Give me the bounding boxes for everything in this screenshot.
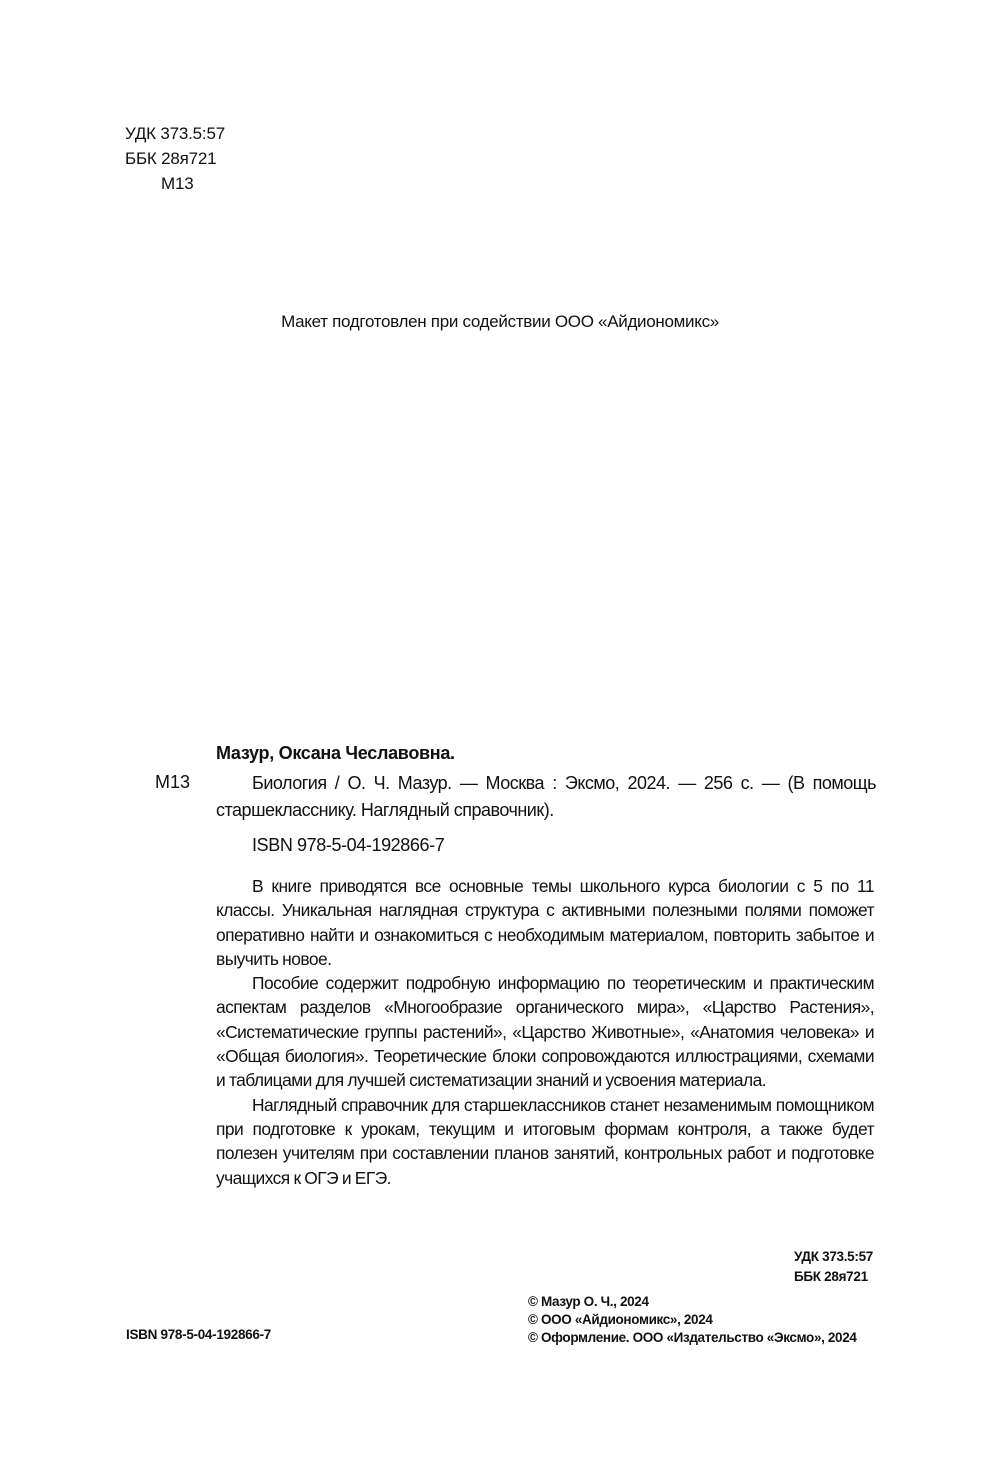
copyright-line: © Оформление. ООО «Издательство «Эксмо»,…: [528, 1329, 857, 1347]
footer-isbn: ISBN 978-5-04-192866-7: [126, 1327, 271, 1342]
udk-code: УДК 373.5:57: [794, 1247, 873, 1267]
bibliographic-entry: Биология / О. Ч. Мазур. — Москва : Эксмо…: [216, 770, 876, 824]
abstract-paragraph: Наглядный справочник для старшекласснико…: [216, 1093, 874, 1190]
copyright-line: © Мазур О. Ч., 2024: [528, 1293, 857, 1311]
catalog-author-mark: М13: [155, 772, 190, 793]
catalog-author: Мазур, Оксана Чеславовна.: [216, 743, 455, 764]
abstract: В книге приводятся все основные темы шко…: [216, 874, 874, 1190]
credit-line: Макет подготовлен при содействии ООО «Ай…: [0, 312, 1000, 332]
copyright-block: © Мазур О. Ч., 2024 © ООО «Айдиономикс»,…: [528, 1293, 857, 1347]
udk-code: УДК 373.5:57: [125, 121, 225, 146]
bbk-code: ББК 28я721: [794, 1267, 873, 1287]
copyright-line: © ООО «Айдиономикс», 2024: [528, 1311, 857, 1329]
catalog-classification-codes: УДК 373.5:57 ББК 28я721: [794, 1247, 873, 1287]
abstract-paragraph: В книге приводятся все основные темы шко…: [216, 874, 874, 971]
catalog-isbn: ISBN 978-5-04-192866-7: [252, 835, 444, 856]
author-mark: М13: [125, 171, 225, 196]
header-classification-codes: УДК 373.5:57 ББК 28я721 М13: [125, 121, 225, 196]
bbk-code: ББК 28я721: [125, 146, 225, 171]
abstract-paragraph: Пособие содержит подробную информацию по…: [216, 971, 874, 1092]
